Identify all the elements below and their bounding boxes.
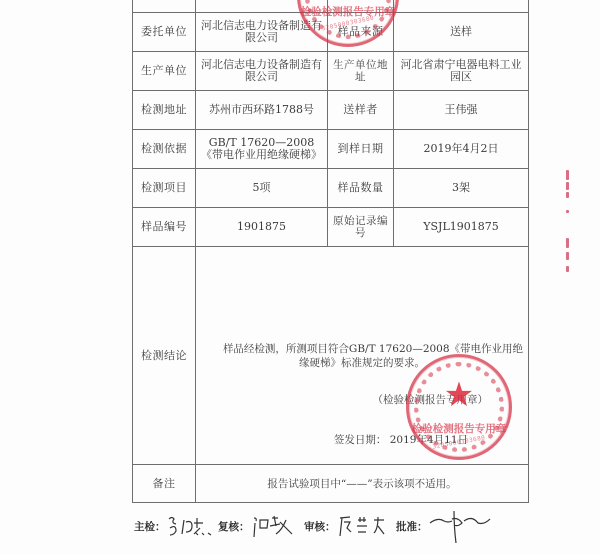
test-basis-title: 《带电作业用绝缘硬梯》: [199, 149, 324, 161]
client-label: 委托单位: [133, 13, 196, 52]
handwritten-signature-icon: [166, 514, 218, 538]
test-items-value: 5项: [196, 169, 328, 208]
table-row: 生产单位 河北信志电力设备制造有限公司 生产单位地址 河北省肃宁电器电料工业园区: [133, 52, 529, 91]
test-address-label: 检测地址: [133, 91, 196, 130]
report-page: 委托单位 河北信志电力设备制造有限公司 样品来源 送样 生产单位 河北信志电力设…: [0, 0, 600, 554]
sample-number-value: 1901875: [196, 208, 328, 247]
signature-inspector: 主检：: [134, 514, 218, 538]
conclusion-row: 检测结论 样品经检测，所测项目符合GB/T 17620—2008《带电作业用绝缘…: [133, 247, 529, 465]
role-label: 主检：: [134, 519, 166, 534]
remarks-row: 备注 报告试验项目中“——”表示该项不适用。: [133, 465, 529, 503]
signature-approver: 批准：: [396, 514, 498, 538]
sample-quantity-value: 3架: [394, 169, 529, 208]
handwritten-signature-icon: [250, 514, 302, 538]
report-info-table: 委托单位 河北信志电力设备制造有限公司 样品来源 送样 生产单位 河北信志电力设…: [132, 0, 529, 503]
sample-source-value: 送样: [394, 13, 529, 52]
table-row-top-partial: [133, 0, 529, 13]
seal-note: （检验检测报告专用章）: [373, 394, 489, 406]
manufacturer-address-value: 河北省肃宁电器电料工业园区: [394, 52, 529, 91]
signature-reviewer: 复核：: [218, 514, 302, 538]
signature-row: 主检： 复核： 审核： 批准：: [134, 514, 554, 544]
arrival-date-value: 2019年4月2日: [394, 130, 529, 169]
original-record-label: 原始记录编号: [328, 208, 394, 247]
conclusion-text: 样品经检测，所测项目符合GB/T 17620—2008《带电作业用绝缘硬梯》标准…: [199, 342, 525, 370]
role-label: 审核：: [304, 519, 336, 534]
sample-source-label: 样品来源: [328, 13, 394, 52]
manufacturer-address-label: 生产单位地址: [328, 52, 394, 91]
table-row: 样品编号 1901875 原始记录编号 YSJL1901875: [133, 208, 529, 247]
handwritten-signature-icon: [428, 509, 498, 543]
test-items-label: 检测项目: [133, 169, 196, 208]
manufacturer-label: 生产单位: [133, 52, 196, 91]
table-row: 检测地址 苏州市西环路1788号 送样者 王伟强: [133, 91, 529, 130]
page-edge-stamp-marks: [566, 170, 574, 320]
client-value: 河北信志电力设备制造有限公司: [196, 13, 328, 52]
test-basis-label: 检测依据: [133, 130, 196, 169]
remarks-label: 备注: [133, 465, 196, 503]
table-row: 委托单位 河北信志电力设备制造有限公司 样品来源 送样: [133, 13, 529, 52]
issue-date-value: 2019年4月11日: [390, 434, 468, 446]
sample-number-label: 样品编号: [133, 208, 196, 247]
role-label: 批准：: [396, 519, 428, 534]
signature-auditor: 审核：: [304, 514, 392, 538]
conclusion-cell: 样品经检测，所测项目符合GB/T 17620—2008《带电作业用绝缘硬梯》标准…: [196, 247, 529, 465]
remarks-text: 报告试验项目中“——”表示该项不适用。: [196, 465, 529, 503]
table-row: 检测项目 5项 样品数量 3架: [133, 169, 529, 208]
sample-quantity-label: 样品数量: [328, 169, 394, 208]
issue-date-label: 签发日期：: [334, 434, 387, 446]
conclusion-label: 检测结论: [133, 247, 196, 465]
table-row: 检测依据 GB/T 17620—2008 《带电作业用绝缘硬梯》 到样日期 20…: [133, 130, 529, 169]
handwritten-signature-icon: [336, 514, 392, 538]
test-address-value: 苏州市西环路1788号: [196, 91, 328, 130]
issue-date: 签发日期： 2019年4月11日: [334, 434, 468, 446]
sender-value: 王伟强: [394, 91, 529, 130]
manufacturer-value: 河北信志电力设备制造有限公司: [196, 52, 328, 91]
sender-label: 送样者: [328, 91, 394, 130]
test-basis-value: GB/T 17620—2008 《带电作业用绝缘硬梯》: [196, 130, 328, 169]
arrival-date-label: 到样日期: [328, 130, 394, 169]
original-record-value: YSJL1901875: [394, 208, 529, 247]
role-label: 复核：: [218, 519, 250, 534]
